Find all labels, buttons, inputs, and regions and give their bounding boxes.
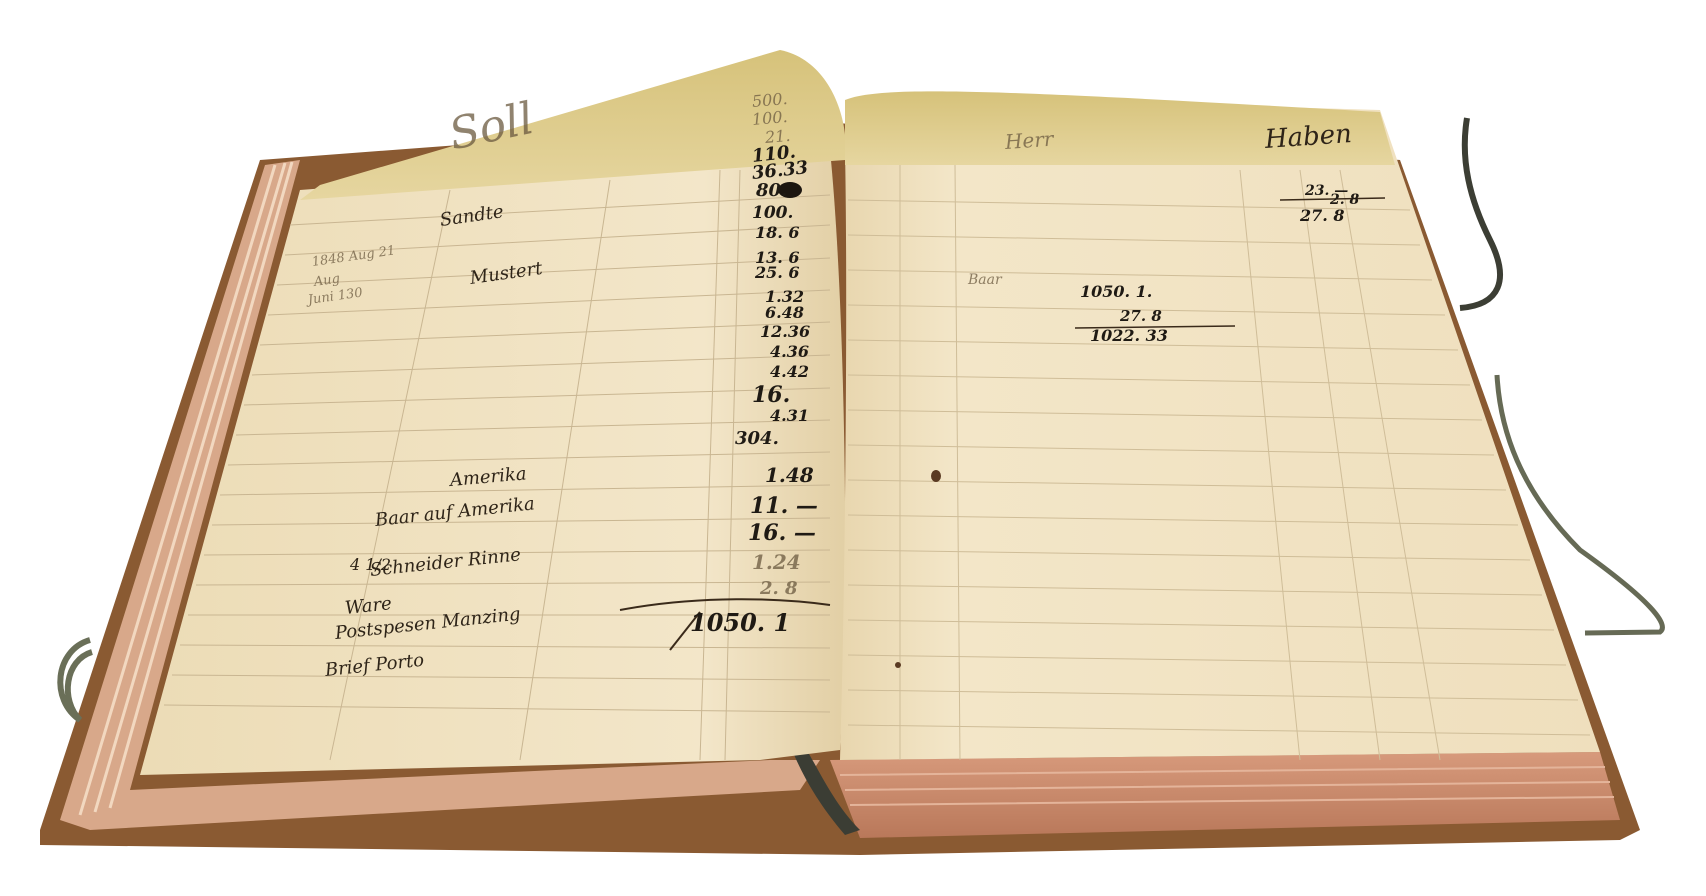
amount: 4.31: [770, 406, 809, 425]
amount: 25. 6: [755, 263, 800, 282]
entry-text: 4 1/2: [350, 555, 391, 574]
left-total: 1050. 1: [690, 608, 790, 637]
amount: 1.24: [752, 550, 801, 574]
corner-total: 27. 8: [1300, 206, 1345, 225]
right-result: 1022. 33: [1090, 326, 1168, 345]
right-subtotal-2: 27. 8: [1120, 307, 1162, 325]
right-subtotal-1: 1050. 1.: [1080, 282, 1152, 301]
right-header-right: Haben: [1264, 119, 1353, 155]
amount: 16.: [752, 382, 790, 408]
ledger-photo: Soll 500. 100. 21. 110. 36.33 80. 100. 1…: [0, 0, 1706, 896]
right-header-left: Herr: [1004, 127, 1054, 154]
tie-right-upper: [1460, 118, 1500, 308]
amount: 18. 6: [755, 223, 800, 242]
amount: 4.36: [770, 342, 809, 361]
amount: 80.: [756, 180, 787, 201]
amount: 2. 8: [760, 578, 798, 599]
amount: 1.48: [765, 463, 814, 487]
amount: 4.42: [770, 362, 809, 381]
right-entry-label: Baar: [968, 272, 1002, 288]
amount: 6.48: [765, 303, 804, 322]
amount: 100.: [752, 203, 793, 223]
amount: 304.: [735, 428, 779, 449]
ledger-illustration: [0, 0, 1706, 896]
amount: 11. —: [750, 493, 818, 519]
amount: 12.36: [760, 322, 810, 341]
amount: 16. —: [748, 520, 816, 546]
